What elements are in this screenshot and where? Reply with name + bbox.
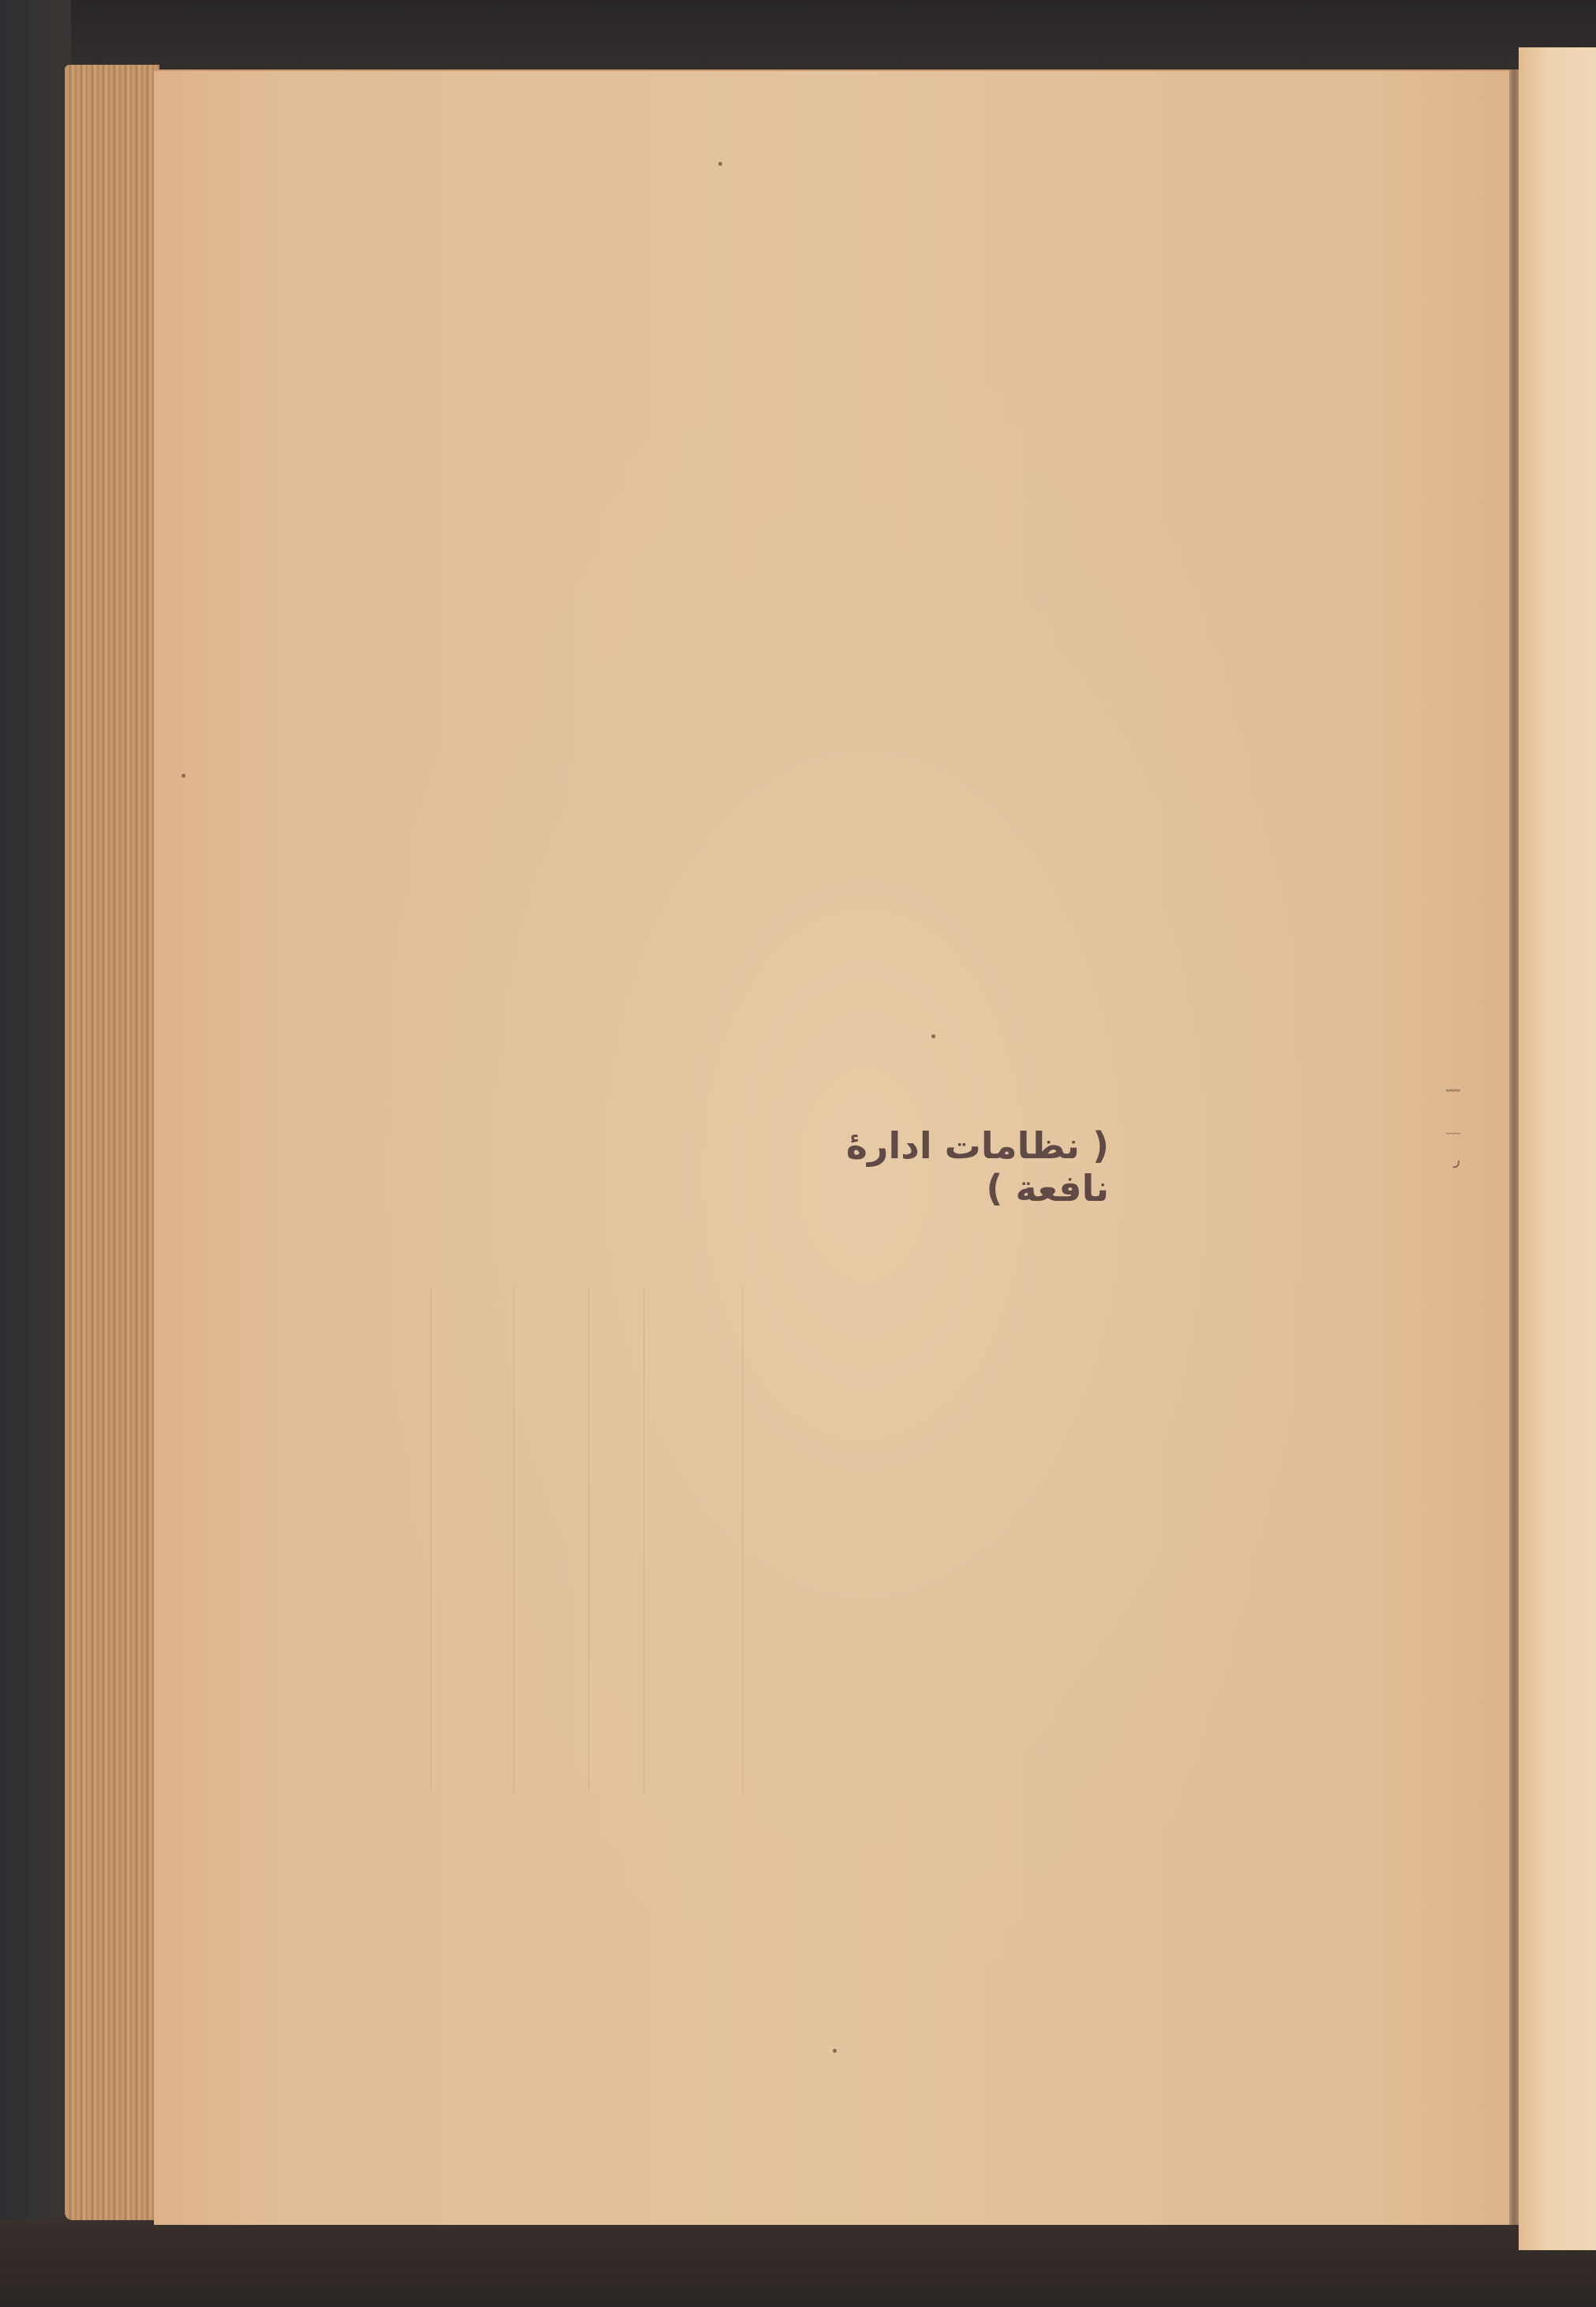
page-title: ( نظامات ادارهٔ نافعة ) bbox=[777, 1135, 1109, 1199]
ink-speck bbox=[931, 1034, 935, 1038]
book-gutter bbox=[1509, 69, 1519, 2225]
margin-marks: ﹌ ﹏ ر bbox=[1413, 1082, 1460, 1184]
scan-background-top bbox=[0, 0, 1596, 71]
scan-background-left bbox=[0, 0, 71, 2307]
ink-speck bbox=[718, 162, 722, 166]
margin-mark: ﹏ bbox=[1413, 1113, 1460, 1145]
page-stack-edges bbox=[65, 65, 159, 2220]
margin-mark: ر bbox=[1413, 1145, 1460, 1176]
ink-speck bbox=[182, 774, 185, 778]
scan-background-bottom bbox=[0, 2220, 1596, 2307]
ink-speck bbox=[833, 2049, 837, 2053]
facing-page-edge bbox=[1519, 47, 1596, 2250]
margin-mark: ﹌ bbox=[1413, 1082, 1460, 1113]
